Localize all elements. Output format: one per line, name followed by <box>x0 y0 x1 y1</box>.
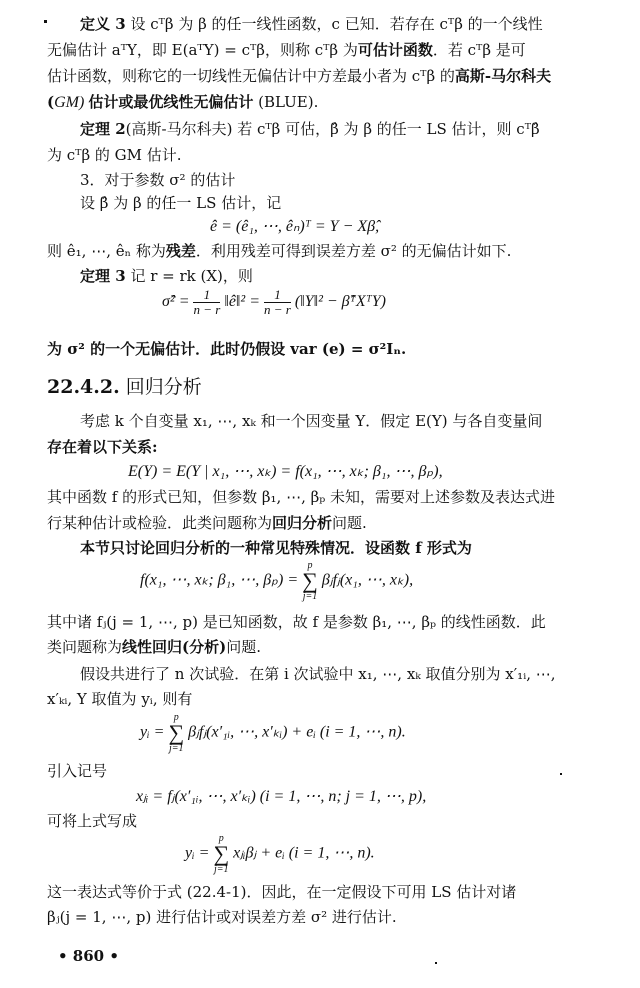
term-regression-analysis: 回归分析 <box>272 514 332 532</box>
equation-sigma-hat: σ̂² = 1n − r ‖ê‖² = 1n − r (‖Y‖² − β̂ᵀXᵀ… <box>162 288 386 317</box>
fraction: 1n − r <box>264 288 291 317</box>
speck <box>44 20 47 23</box>
definition-3-line-1: 定义 3 设 cᵀβ 为 β 的任一线性函数，c 已知．若存在 cᵀβ 的一个线… <box>80 14 543 34</box>
term-gauss-markov: 高斯-马尔科夫 <box>455 67 551 85</box>
speck <box>435 962 437 964</box>
theorem-3-line: 定理 3 记 r = rk (X)，则 <box>80 266 253 286</box>
term-linear-regression: 线性回归(分析) <box>122 638 226 656</box>
equation-regression-model: E(Y) = E(Y | x₁, ⋯, xₖ) = f(x₁, ⋯, xₖ; β… <box>128 461 443 481</box>
paragraph-line: 行某种估计或检验．此类问题称为回归分析问题. <box>47 513 367 533</box>
definition-3-line-3: 估计函数，则称它的一切线性无偏估计中方差最小者为 cᵀβ 的高斯-马尔科夫 <box>47 66 551 86</box>
equation-matrix-form: yᵢ = p∑j=1 xⱼᵢβⱼ + eᵢ (i = 1, ⋯, n). <box>185 833 375 875</box>
theorem-2-line-1: 定理 2(高斯-马尔科夫) 若 cᵀβ 可估，β̂ 为 β 的任一 LS 估计，… <box>80 119 540 139</box>
summation: p∑j=1 <box>302 560 318 602</box>
paragraph-line: 本节只讨论回归分析的一种常见特殊情况．设函数 f 形式为 <box>80 538 472 558</box>
speck <box>560 773 562 775</box>
paragraph-line: 其中函数 f 的形式已知，但参数 β₁, ⋯, βₚ 未知，需要对上述参数及表达… <box>47 487 555 507</box>
paragraph-line: 为 σ² 的一个无偏估计．此时仍假设 var (e) = σ²Iₙ. <box>47 339 406 359</box>
summation: p∑j=1 <box>168 712 184 754</box>
paragraph-line: 这一表达式等价于式 (22.4-1)．因此，在一定假设下可用 LS 估计对诸 <box>47 882 516 902</box>
paragraph-line: 可将上式写成 <box>47 811 137 831</box>
theorem-label: 定理 3 <box>80 267 126 285</box>
paragraph-line: 其中诸 fⱼ(j = 1, ⋯, p) 是已知函数，故 f 是参数 β₁, ⋯,… <box>47 612 546 632</box>
paragraph-line: 类问题称为线性回归(分析)问题. <box>47 637 261 657</box>
term-residual: 残差 <box>166 242 196 260</box>
section-number: 22.4.2. <box>47 376 120 398</box>
fraction: 1n − r <box>193 288 220 317</box>
term-blue: 估计或最优线性无偏估计 <box>88 93 253 111</box>
paragraph-line: 存在着以下关系: <box>47 437 158 457</box>
definition-label: 定义 3 <box>80 15 126 33</box>
equation-residual-vector: ê = (ê₁, ⋯, êₙ)ᵀ = Y − Xβ̂, <box>210 216 379 236</box>
equation-observation-model: yᵢ = p∑j=1 βⱼfⱼ(x′₁ᵢ, ⋯, x′ₖᵢ) + eᵢ (i =… <box>140 712 406 754</box>
subsection-3-heading: 3．对于参数 σ² 的估计 <box>80 170 235 190</box>
term-estimable-function: 可估计函数 <box>358 41 433 59</box>
definition-3-line-2: 无偏估计 aᵀY，即 E(aᵀY) = cᵀβ，则称 cᵀβ 为可估计函数．若 … <box>47 40 526 60</box>
paragraph-line: 考虑 k 个自变量 x₁, ⋯, xₖ 和一个因变量 Y．假定 E(Y) 与各自… <box>80 411 542 431</box>
paragraph-line: 引入记号 <box>47 761 107 781</box>
summation: p∑j=1 <box>213 833 229 875</box>
paragraph-line: 设 β̂ 为 β 的任一 LS 估计，记 <box>80 193 281 213</box>
paragraph-line: 假设共进行了 n 次试验．在第 i 次试验中 x₁, ⋯, xₖ 取值分别为 x… <box>80 664 556 684</box>
definition-3-line-4: (GM) 估计或最优线性无偏估计 (BLUE). <box>47 92 318 113</box>
equation-linear-form: f(x₁, ⋯, xₖ; β₁, ⋯, βₚ) = p∑j=1 βⱼfⱼ(x₁,… <box>140 560 413 602</box>
theorem-label: 定理 2 <box>80 120 126 138</box>
equation-notation: xⱼᵢ = fⱼ(x′₁ᵢ, ⋯, x′ₖᵢ) (i = 1, ⋯, n; j … <box>136 786 426 806</box>
section-heading: 22.4.2. 回归分析 <box>47 372 202 399</box>
paragraph-line: βⱼ(j = 1, ⋯, p) 进行估计或对误差方差 σ² 进行估计. <box>47 907 397 927</box>
paragraph-line: 则 ê₁, ⋯, êₙ 称为残差．利用残差可得到误差方差 σ² 的无偏估计如下. <box>47 241 511 261</box>
paragraph-line: x′ₖᵢ, Y 取值为 yᵢ, 则有 <box>47 689 192 709</box>
theorem-2-line-2: 为 cᵀβ 的 GM 估计. <box>47 145 182 165</box>
page-number: • 860 • <box>58 947 119 965</box>
section-title: 回归分析 <box>126 376 202 398</box>
